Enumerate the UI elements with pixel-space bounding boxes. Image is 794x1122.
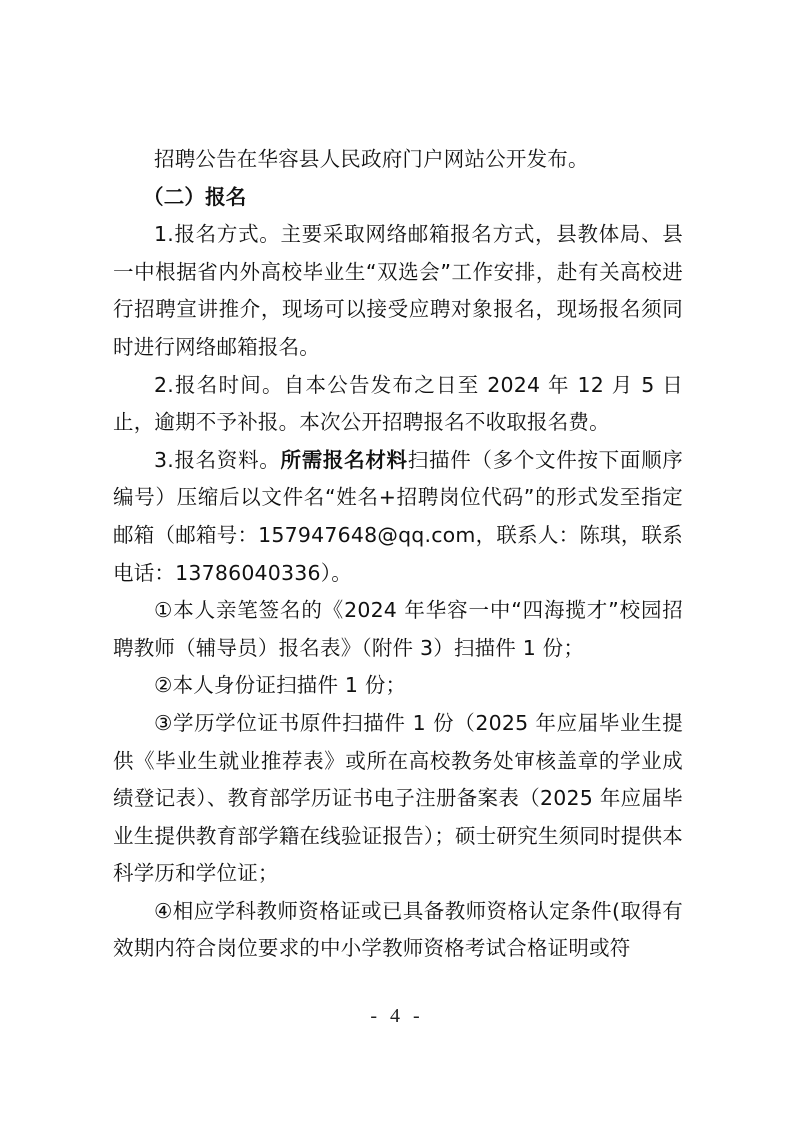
materials-prefix: 3.报名资料。	[154, 448, 281, 472]
paragraph-registration-method: 1.报名方式。主要采取网络邮箱报名方式，县教体局、县一中根据省内外高校毕业生“双…	[113, 216, 683, 366]
paragraph-registration-time: 2.报名时间。自本公告发布之日至 2024 年 12 月 5 日止，逾期不予补报…	[113, 367, 683, 442]
list-item-degree-certificates: ③学历学位证书原件扫描件 1 份（2025 年应届毕业生提供《毕业生就业推荐表》…	[113, 705, 683, 893]
list-item-teacher-qualification: ④相应学科教师资格证或已具备教师资格认定条件(取得有效期内符合岗位要求的中小学教…	[113, 893, 683, 968]
page-number: - 4 -	[0, 1005, 794, 1028]
document-body: 招聘公告在华容县人民政府门户网站公开发布。 （二）报名 1.报名方式。主要采取网…	[113, 141, 683, 968]
paragraph-registration-materials: 3.报名资料。所需报名材料扫描件（多个文件按下面顺序编号）压缩后以文件名“姓名+…	[113, 442, 683, 592]
materials-bold-label: 所需报名材料	[281, 448, 408, 472]
section-heading-registration: （二）报名	[113, 179, 683, 217]
document-page: 招聘公告在华容县人民政府门户网站公开发布。 （二）报名 1.报名方式。主要采取网…	[0, 0, 794, 1122]
list-item-id-card: ②本人身份证扫描件 1 份；	[113, 667, 683, 705]
list-item-registration-form: ①本人亲笔签名的《2024 年华容一中“四海揽才”校园招聘教师（辅导员）报名表》…	[113, 592, 683, 667]
paragraph-announcement-publish: 招聘公告在华容县人民政府门户网站公开发布。	[113, 141, 683, 179]
